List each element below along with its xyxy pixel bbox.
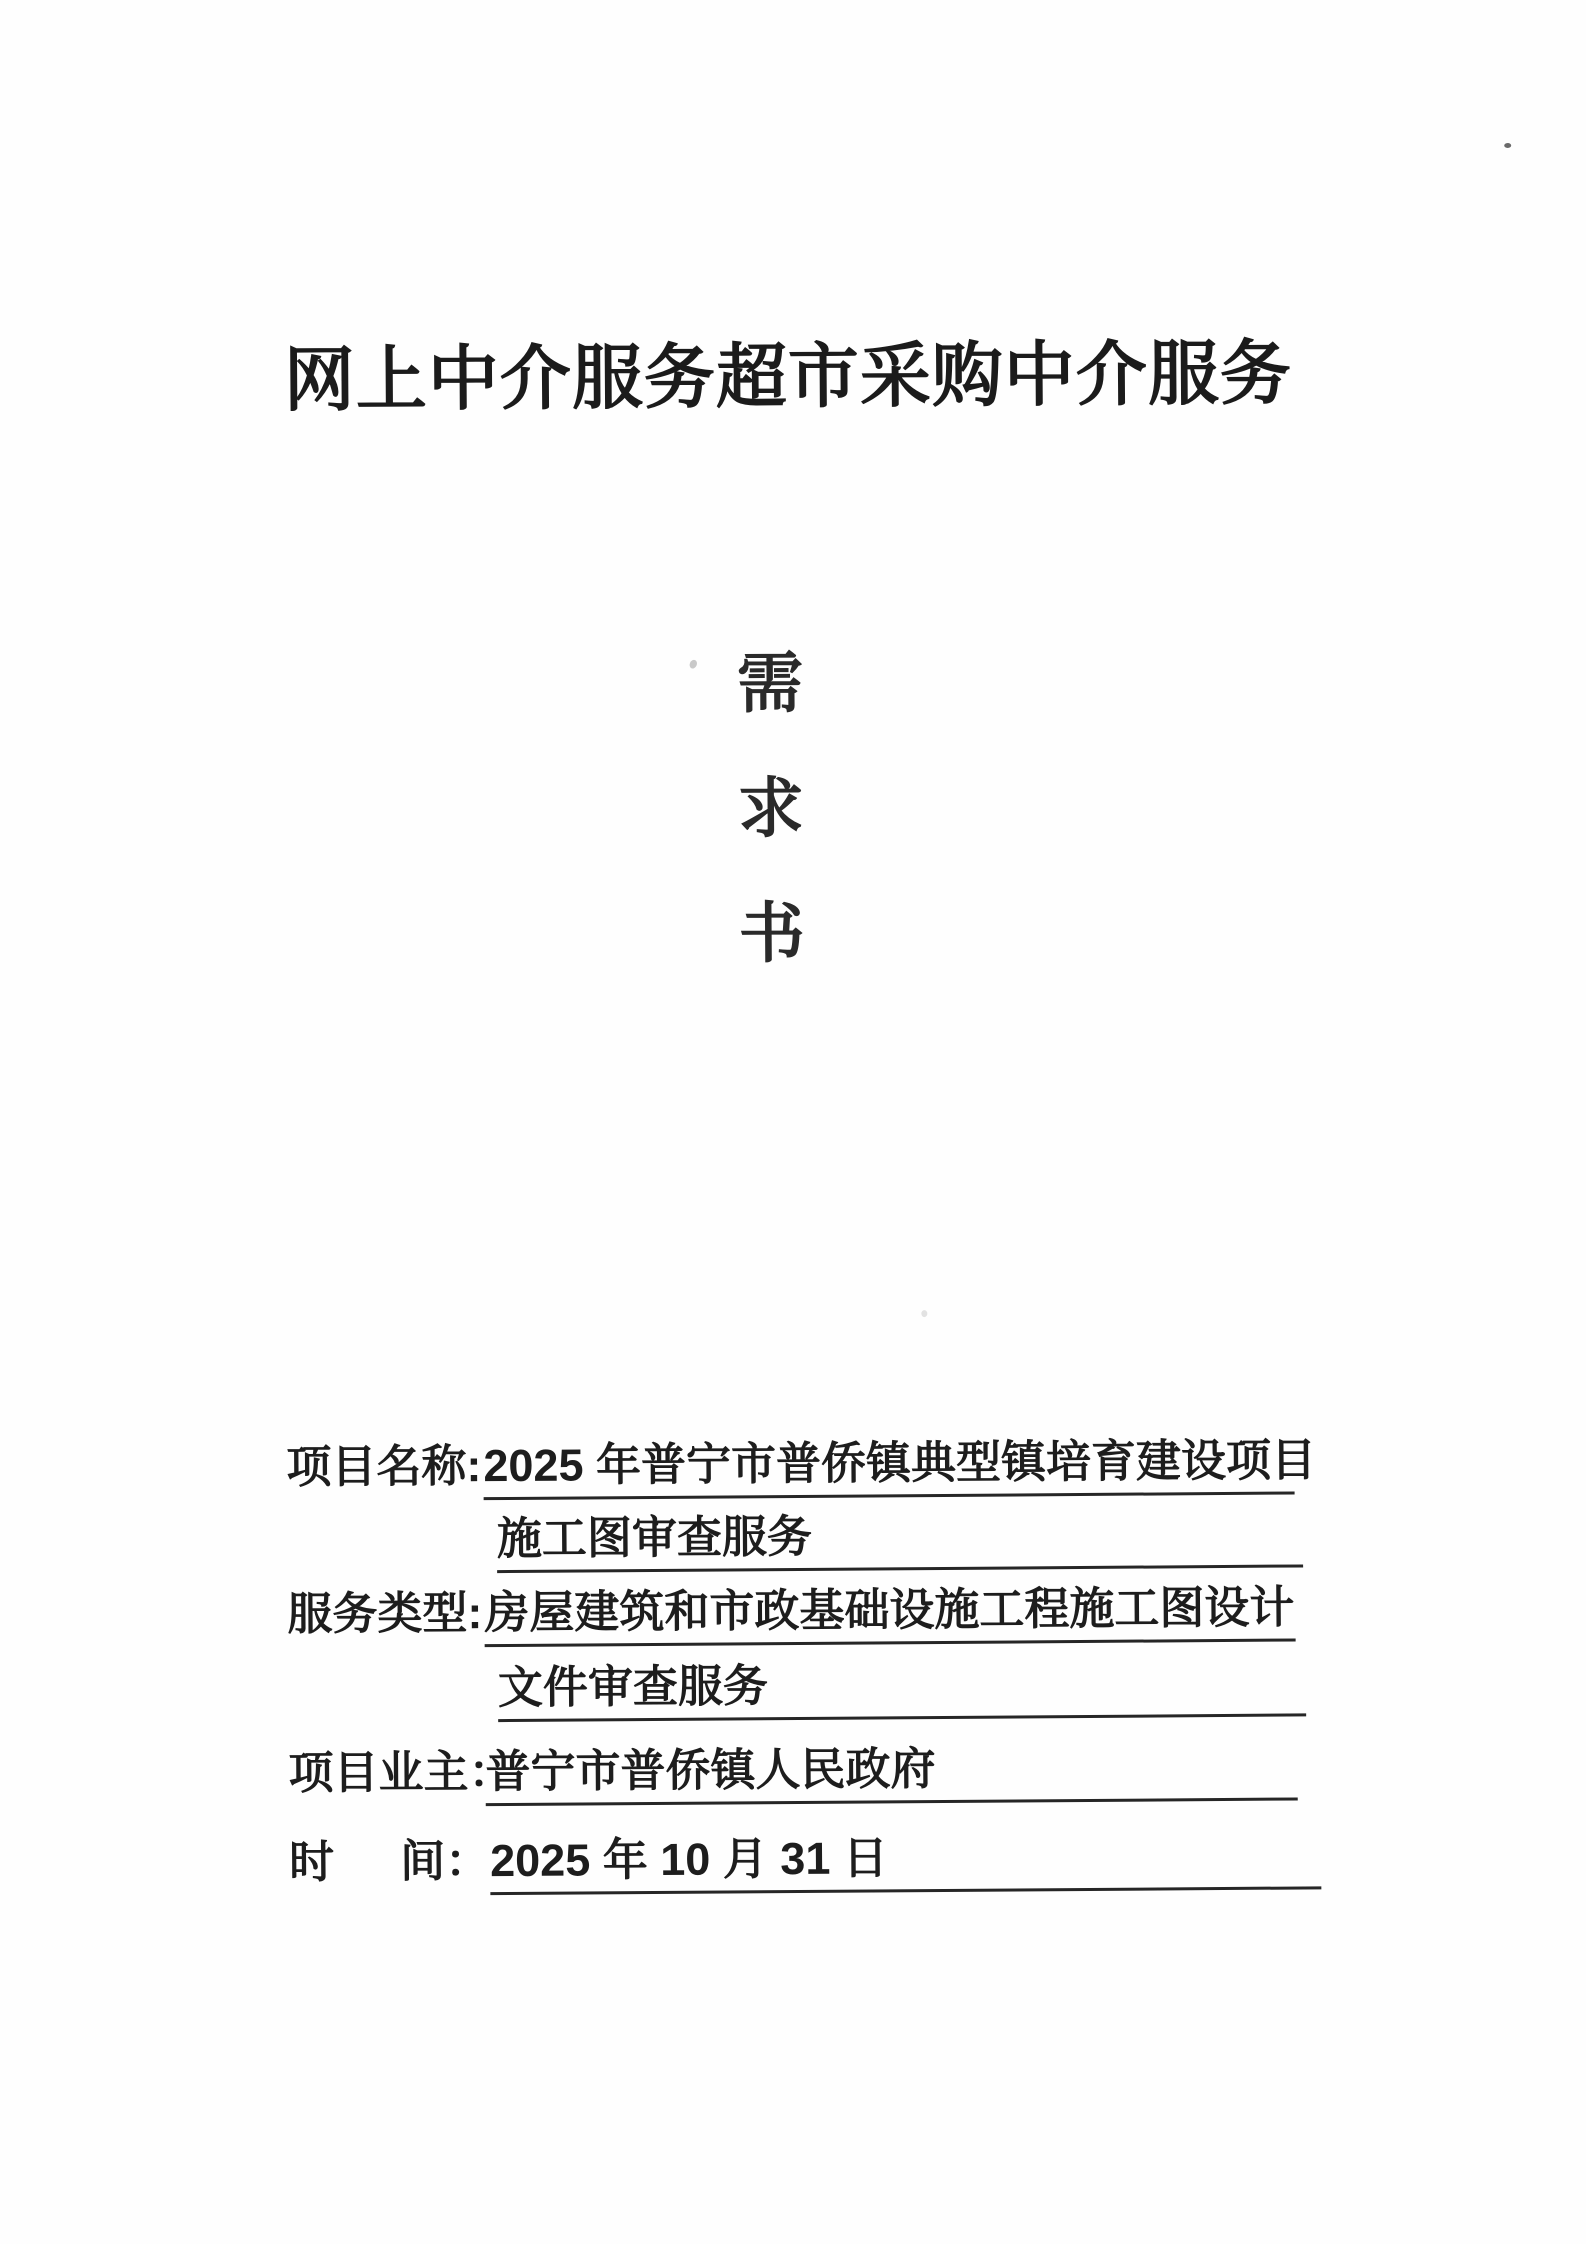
time-label-char-1: 时 [289,1839,334,1884]
doc-type-char-1: 需 [0,617,1563,753]
scan-artifact-speck [921,1310,927,1317]
time-label: 时 间： [289,1838,490,1884]
service-type-value-line2: 文件审查服务 [498,1659,1306,1722]
project-owner-label: 项目业主： [288,1749,485,1795]
field-service-type-line2: 文件审查服务 [498,1659,1306,1722]
service-type-label: 服务类型: [287,1590,484,1636]
doc-type-char-3: 书 [0,867,1565,1003]
scan-artifact-speck [1504,143,1511,148]
field-time: 时 间： 2025 年 10 月 31 日 [289,1832,1321,1896]
project-owner-value: 普宁市普侨镇人民政府 [485,1743,1297,1806]
time-label-char-2: 间： [400,1838,490,1884]
field-project-owner: 项目业主： 普宁市普侨镇人民政府 [288,1743,1297,1807]
field-service-type-line1: 服务类型: 房屋建筑和市政基础设施工程施工图设计 [287,1585,1295,1649]
document-type-vertical-title: 需 求 书 [0,617,1565,1003]
document-title: 网上中介服务超市采购中介服务 [0,314,1581,427]
cover-fields-block: 项目名称: 2025 年普宁市普侨镇典型镇培育建设项目 施工图审查服务 服务类型… [276,0,1386,4]
field-project-name-line2: 施工图审查服务 [497,1510,1303,1573]
field-project-name-line1: 项目名称: 2025 年普宁市普侨镇典型镇培育建设项目 [286,1438,1294,1502]
project-name-value-line2: 施工图审查服务 [497,1510,1303,1573]
project-name-label: 项目名称: [286,1443,483,1489]
scanned-content: 网上中介服务超市采购中介服务 需 求 书 项目名称: 2025 年普宁市普侨镇典… [0,0,1586,2244]
document-page: 网上中介服务超市采购中介服务 需 求 书 项目名称: 2025 年普宁市普侨镇典… [0,0,1586,2244]
doc-type-char-2: 求 [0,742,1564,878]
project-name-value-line1: 2025 年普宁市普侨镇典型镇培育建设项目 [483,1438,1294,1501]
time-value: 2025 年 10 月 31 日 [490,1832,1321,1895]
service-type-value-line1: 房屋建筑和市政基础设施工程施工图设计 [484,1585,1295,1648]
